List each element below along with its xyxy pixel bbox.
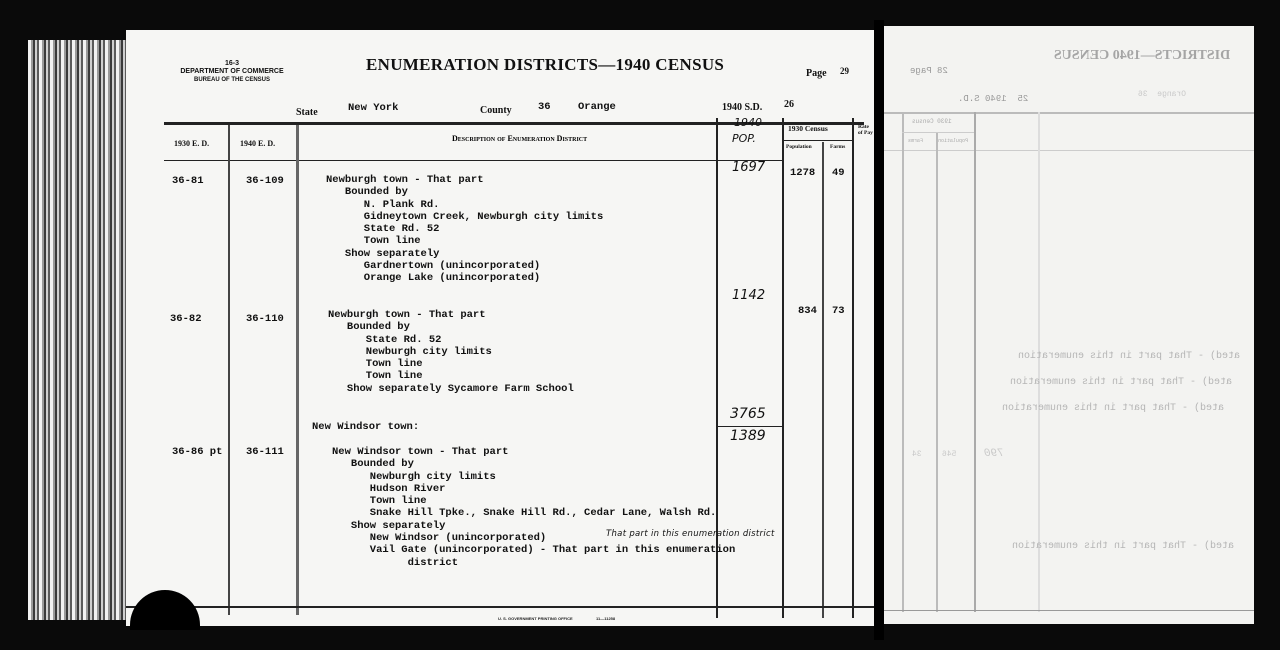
county-label: County <box>480 105 512 116</box>
col-divider <box>296 125 299 615</box>
right-1930-census-header: 1930 Census <box>912 118 952 125</box>
col-divider <box>782 118 784 618</box>
right-page-number: 28 <box>937 66 948 76</box>
right-col-divider <box>1038 112 1040 612</box>
right-page-title-bleed: DISTRICTS—1940 CENSUS <box>1054 48 1230 64</box>
sd-label: 1940 S.D. <box>722 102 762 113</box>
row3-ed-1940: 36-111 <box>246 446 284 458</box>
right-bleed-line: ated) - That part in this enumeration <box>1010 377 1232 388</box>
header-1930-ed: 1930 E. D. <box>174 139 209 148</box>
department-name: DEPARTMENT OF COMMERCE <box>162 68 302 76</box>
row1-farms-1930: 49 <box>832 167 845 179</box>
right-sd: 25 1940 S.D. <box>958 94 1028 104</box>
right-county-code: 36 <box>1138 90 1148 99</box>
right-sd-value: 25 <box>1017 94 1028 104</box>
right-bleed-number: 34 <box>912 450 922 459</box>
table-bottom-rule <box>126 606 874 608</box>
right-header-rule <box>884 150 1254 151</box>
row1-ed-1930: 36-81 <box>172 175 204 187</box>
right-bleed-number: 790 <box>984 448 1004 460</box>
sd-value: 26 <box>784 99 794 110</box>
right-population-header: Population <box>938 138 968 144</box>
row2-pop-1940: 1142 <box>732 288 765 303</box>
row1-ed-1940: 36-109 <box>246 175 284 187</box>
census-subheader-rule <box>782 140 852 141</box>
row1-population-1930: 1278 <box>790 167 815 179</box>
row2-farms-1930: 73 <box>832 305 845 317</box>
county-code: 36 <box>538 101 551 113</box>
col-divider <box>822 142 824 618</box>
right-bleed-line: ated) - That part in this enumeration <box>1012 541 1234 552</box>
row2-ed-1940: 36-110 <box>246 313 284 325</box>
row2-population-1930: 834 <box>798 305 817 317</box>
right-county: Orange 36 <box>1138 90 1186 99</box>
header-1930-census: 1930 Census <box>788 124 828 133</box>
header-farms: Farms <box>830 144 845 150</box>
right-bleed-number: 546 <box>942 450 956 459</box>
right-col-divider <box>974 112 976 612</box>
section-heading-new-windsor: New Windsor town: <box>312 421 419 433</box>
col-divider <box>228 125 230 615</box>
page-number: 29 <box>840 66 849 76</box>
row2-ed-1930: 36-82 <box>170 313 202 325</box>
row3-handwritten-note: That part in this enumeration district <box>606 529 775 539</box>
subtotal-rule <box>716 426 782 427</box>
row3-description: New Windsor town - That part Bounded by … <box>332 446 735 569</box>
form-number: 16-3 <box>162 60 302 68</box>
row1-description: Newburgh town - That part Bounded by N. … <box>326 174 603 285</box>
right-page: DISTRICTS—1940 CENSUS 28 Page 25 1940 S.… <box>884 26 1254 624</box>
right-bleed-line: ated) - That part in this enumeration <box>1002 403 1224 414</box>
right-col-divider <box>902 112 904 612</box>
left-page: 16-3 DEPARTMENT OF COMMERCE BUREAU OF TH… <box>126 30 874 626</box>
header-rate-partial: Rate of Pay <box>858 124 874 136</box>
department-header: 16-3 DEPARTMENT OF COMMERCE BUREAU OF TH… <box>162 60 302 84</box>
col-divider <box>852 118 854 618</box>
row3-pop-1940: 1389 <box>730 428 766 444</box>
page-gutter <box>874 20 884 640</box>
right-page-label-text: Page <box>910 66 932 76</box>
right-bleed-line: ated) - That part in this enumeration <box>1018 351 1240 362</box>
right-page-label: 28 Page <box>910 66 948 76</box>
state-value: New York <box>348 102 398 114</box>
right-col-divider <box>936 132 938 612</box>
header-pop-handwritten: POP. <box>732 132 756 145</box>
page-label: Page <box>806 68 827 79</box>
row2-description: Newburgh town - That part Bounded by Sta… <box>328 309 574 395</box>
form-code: 11—11258 <box>596 616 615 621</box>
header-population: Population <box>786 144 812 150</box>
right-county-name: Orange <box>1157 90 1186 99</box>
page-title: ENUMERATION DISTRICTS—1940 CENSUS <box>366 55 724 75</box>
right-sd-label: 1940 S.D. <box>958 94 1007 104</box>
header-1940-pop-handwritten: 1940 <box>734 116 762 129</box>
right-farms-header: Farms <box>908 138 923 144</box>
right-census-subheader-rule <box>902 132 974 133</box>
row1-pop-1940: 1697 <box>732 160 765 175</box>
right-table-top-rule <box>884 112 1254 114</box>
header-description: Description of Enumeration District <box>452 134 587 143</box>
header-1940-ed: 1940 E. D. <box>240 139 275 148</box>
county-name: Orange <box>578 101 616 113</box>
header-bottom-rule <box>164 160 784 161</box>
printer-imprint: U. S. GOVERNMENT PRINTING OFFICE <box>498 616 573 621</box>
state-label: State <box>296 107 318 118</box>
right-table-bottom-rule <box>884 610 1254 611</box>
bureau-name: BUREAU OF THE CENSUS <box>162 76 302 84</box>
subtotal-handwritten: 3765 <box>730 406 766 422</box>
row3-ed-1930: 36-86 pt <box>172 446 222 458</box>
